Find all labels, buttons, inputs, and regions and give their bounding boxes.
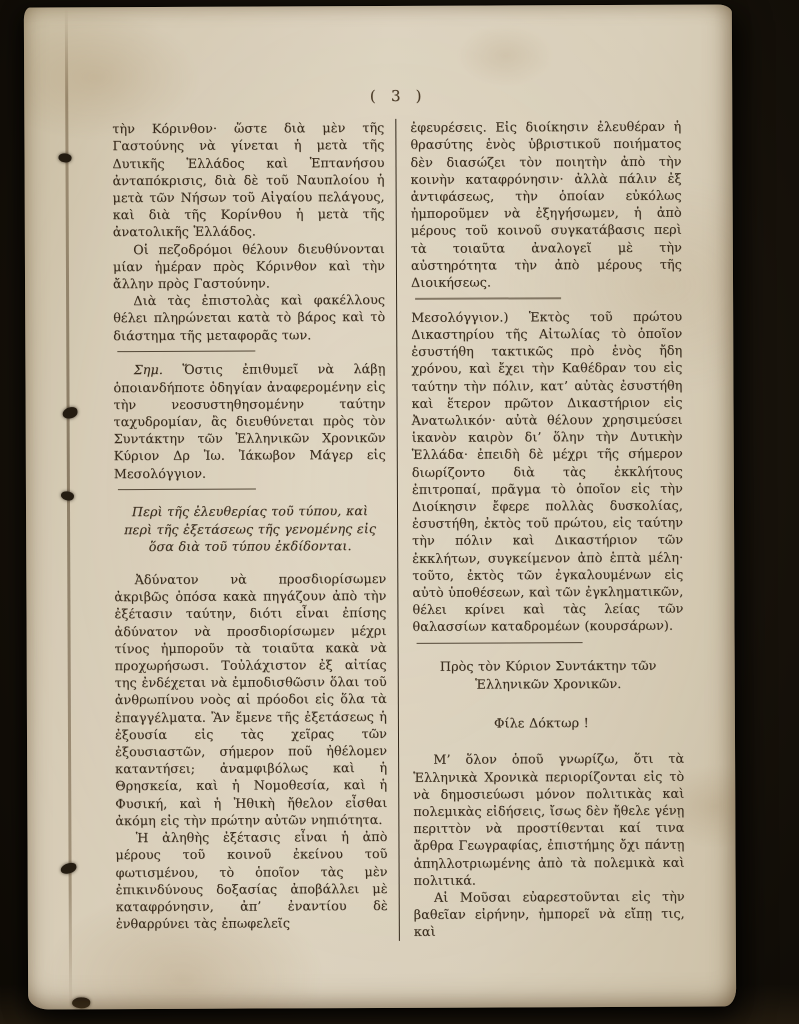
scanned-page: ( 3 ) τὴν Κόρινθον· ὥστε διὰ μὲν τῆς Γασ… <box>24 4 736 1009</box>
page-content: ( 3 ) τὴν Κόρινθον· ὥστε διὰ μὲν τῆς Γασ… <box>24 4 736 1009</box>
section-rule <box>417 642 583 644</box>
letter-salutation: Φίλε Δόκτωρ ! <box>413 714 670 732</box>
page-number: ( 3 ) <box>112 87 684 107</box>
article-heading: Περὶ τῆς ἐλευθερίας τοῦ τύπου, καὶ περὶ … <box>118 502 382 556</box>
section-rule <box>415 297 561 299</box>
paragraph-letter-2: Αἱ Μοῦσαι εὐαρεστοῦνται εἰς τὴν βαθεῖαν … <box>414 888 685 941</box>
section-rule <box>117 350 255 352</box>
paragraph-couriers: Οἱ πεζοδρόμοι θέλουν διευθύνονται μίαν ἡ… <box>113 240 385 293</box>
paragraph-editor-note: Σημ. Ὅστις ἐπιθυμεῖ νὰ λάβῃ ὁποιανδήποτε… <box>113 360 386 482</box>
section-rule <box>118 488 256 490</box>
note-label: Σημ. <box>134 362 163 377</box>
paragraph-postal-routes: τὴν Κόρινθον· ὥστε διὰ μὲν τῆς Γαστούνης… <box>112 119 385 241</box>
paragraph-letters-fees: Διὰ τὰς ἐπιστολὰς καὶ φακέλλους θέλει πλ… <box>113 291 385 344</box>
paragraph-press-conclusion: ἐφευρέσεις. Εἰς διοίκησιν ἐλευθέραν ἡ θρ… <box>410 118 682 291</box>
paragraph-examination-1: Ἀδύνατον νὰ προσδιορίσωμεν ἀκριβῶς ὁπόσα… <box>114 570 387 829</box>
left-column: τὴν Κόρινθον· ὥστε διὰ μὲν τῆς Γαστούνης… <box>112 119 399 942</box>
letter-address: Πρὸς τὸν Κύριον Συντάκτην τῶν Ἑλληνικῶν … <box>413 657 684 694</box>
note-text: Ὅστις ἐπιθυμεῖ νὰ λάβῃ ὁποιανδήποτε ὁδηγ… <box>113 361 385 480</box>
paragraph-missolonghi-courts: Μεσολόγγιον.) Ἑκτὸς τοῦ πρώτου Δικαστηρί… <box>411 307 683 635</box>
paragraph-examination-2: Ἡ ἀληθὴς ἐξέτασις εἶναι ἡ ἀπὸ μέρους τοῦ… <box>115 828 387 932</box>
paragraph-letter-1: Μ’ ὅλον ὁποῦ γνωρίζω, ὅτι τὰ Ἑλληνικὰ Χρ… <box>413 750 685 889</box>
text-columns: τὴν Κόρινθον· ὥστε διὰ μὲν τῆς Γαστούνης… <box>112 118 688 942</box>
right-column: ἐφευρέσεις. Εἰς διοίκησιν ἐλευθέραν ἡ θρ… <box>395 118 685 941</box>
